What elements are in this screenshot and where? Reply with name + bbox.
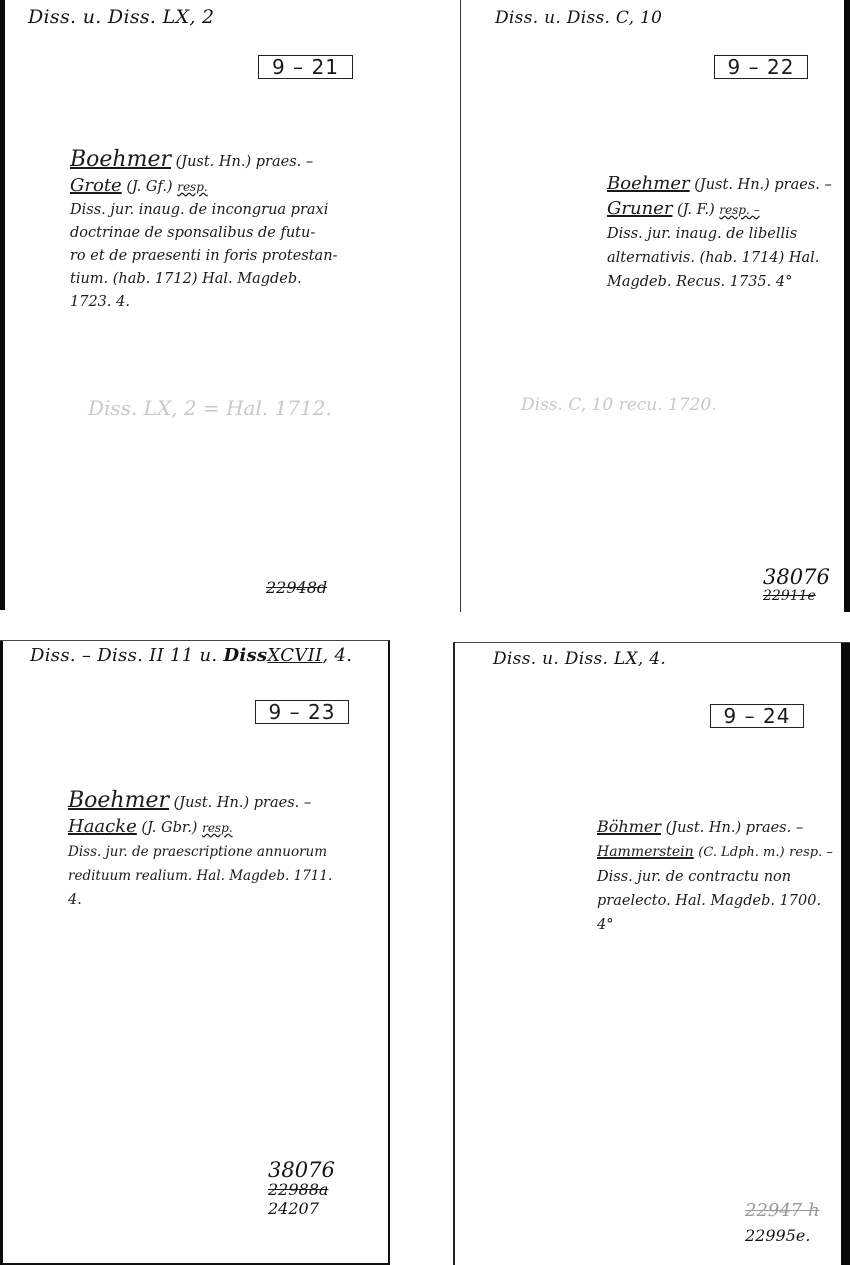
- respondent-line: Haacke (J. Gbr.) resp.: [68, 815, 386, 840]
- accession-numbers: 38076 22911e: [763, 568, 830, 606]
- author-line: Boehmer (Just. Hn.) praes. –: [70, 148, 380, 174]
- author-note: (Just. Hn.) praes. –: [176, 154, 314, 170]
- call-number-box: 9 – 21: [258, 55, 353, 79]
- respondent-line: Hammerstein (C. Ldph. m.) resp. –: [597, 840, 847, 865]
- author-name: Boehmer: [70, 147, 171, 172]
- shelfmark-part: , 4.: [322, 645, 352, 666]
- catalog-entry: Boehmer (Just. Hn.) praes. – Grote (J. G…: [70, 148, 380, 314]
- author-line: Böhmer (Just. Hn.) praes. –: [597, 815, 847, 840]
- title-line: doctrinae de sponsalibus de futu-: [70, 222, 380, 245]
- catalog-card-1: Diss. u. Diss. LX, 2 9 – 21 Boehmer (Jus…: [0, 0, 450, 610]
- accession-number: 22948d: [266, 578, 327, 597]
- author-name: Boehmer: [68, 788, 169, 813]
- title-line: Diss. jur. inaug. de libellis: [607, 222, 847, 246]
- title-line: tium. (hab. 1712) Hal. Magdeb.: [70, 268, 380, 291]
- card-edge-left: [0, 0, 5, 610]
- accession-number: 22911e: [763, 587, 830, 606]
- shelfmark: Diss. u. Diss. C, 10: [495, 8, 662, 28]
- accession-number: 38076: [268, 1161, 335, 1180]
- resp-label: resp. –: [719, 203, 759, 217]
- pencil-note: Diss. C, 10 recu. 1720.: [521, 395, 717, 415]
- title-line: Diss. jur. de contractu non: [597, 865, 847, 889]
- card-edge-right: [844, 0, 850, 612]
- respondent-note: (J. Gf.): [126, 179, 172, 195]
- accession-number: 38076: [763, 568, 830, 587]
- author-line: Boehmer (Just. Hn.) praes. –: [68, 789, 386, 815]
- catalog-card-3: Diss. – Diss. II 11 u. DissXCVII, 4. 9 –…: [0, 640, 390, 1265]
- shelfmark: Diss. – Diss. II 11 u. DissXCVII, 4.: [30, 645, 352, 666]
- card-edge-right: [841, 643, 850, 1265]
- respondent-line: Grote (J. Gf.) resp.: [70, 174, 380, 199]
- author-note: (Just. Hn.) praes. –: [174, 795, 312, 811]
- respondent-name: Grote: [70, 175, 122, 196]
- respondent-note: (J. Gbr.): [141, 820, 197, 836]
- respondent-name: Haacke: [68, 816, 137, 837]
- title-line: Diss. jur. inaug. de incongrua praxi: [70, 199, 380, 222]
- catalog-card-2: Diss. u. Diss. C, 10 9 – 22 Boehmer (Jus…: [460, 0, 850, 612]
- shelfmark: Diss. u. Diss. LX, 2: [28, 6, 214, 28]
- respondent-name: Gruner: [607, 198, 672, 219]
- title-line: Magdeb. Recus. 1735. 4°: [607, 270, 847, 294]
- accession-number: 22947 h: [745, 1201, 820, 1220]
- title-line: ro et de praesenti in foris protestan-: [70, 245, 380, 268]
- shelfmark-part: Diss: [224, 645, 268, 666]
- accession-numbers: 22947 h 22995e.: [745, 1201, 820, 1245]
- catalog-card-4: Diss. u. Diss. LX, 4. 9 – 24 Böhmer (Jus…: [453, 642, 850, 1265]
- call-number-box: 9 – 24: [710, 704, 804, 728]
- pencil-note: Diss. LX, 2 = Hal. 1712.: [88, 396, 332, 420]
- respondent-note: (J. F.): [677, 202, 715, 218]
- title-line: redituum realium. Hal. Magdeb. 1711.: [68, 864, 386, 888]
- title-line: alternativis. (hab. 1714) Hal.: [607, 246, 847, 270]
- shelfmark-part: Diss.: [30, 645, 76, 666]
- resp-label: resp. –: [789, 845, 833, 860]
- author-name: Boehmer: [607, 173, 690, 194]
- author-note: (Just. Hn.) praes. –: [666, 820, 804, 836]
- catalog-entry: Boehmer (Just. Hn.) praes. – Gruner (J. …: [607, 172, 847, 294]
- accession-numbers: 38076 22988a 24207: [268, 1161, 335, 1218]
- card-edge-left: [0, 641, 3, 1265]
- author-line: Boehmer (Just. Hn.) praes. –: [607, 172, 847, 197]
- accession-number: 24207: [268, 1199, 335, 1218]
- call-number-box: 9 – 22: [714, 55, 808, 79]
- accession-number: 22988a: [268, 1180, 335, 1199]
- call-number-box: 9 – 23: [255, 700, 349, 724]
- shelfmark: Diss. u. Diss. LX, 4.: [493, 649, 666, 669]
- title-line: 4°: [597, 913, 847, 937]
- respondent-line: Gruner (J. F.) resp. –: [607, 197, 847, 222]
- respondent-note: (C. Ldph. m.): [698, 845, 784, 860]
- accession-numbers: 22948d: [266, 578, 327, 597]
- respondent-name: Hammerstein: [597, 844, 694, 860]
- resp-label: resp.: [202, 821, 233, 835]
- title-line: praelecto. Hal. Magdeb. 1700.: [597, 889, 847, 913]
- catalog-entry: Böhmer (Just. Hn.) praes. – Hammerstein …: [597, 815, 847, 937]
- shelfmark-part: Diss. II 11 u.: [97, 645, 217, 666]
- title-line: Diss. jur. de praescriptione annuorum: [68, 840, 386, 864]
- resp-label: resp.: [177, 180, 208, 194]
- author-name: Böhmer: [597, 817, 661, 836]
- shelfmark-part: XCVII: [267, 645, 322, 666]
- author-note: (Just. Hn.) praes. –: [694, 177, 832, 193]
- title-line: 1723. 4.: [70, 291, 380, 314]
- catalog-entry: Boehmer (Just. Hn.) praes. – Haacke (J. …: [68, 789, 386, 912]
- title-line: 4.: [68, 888, 386, 912]
- accession-number: 22995e.: [745, 1226, 820, 1245]
- struck-mark: –: [82, 645, 91, 666]
